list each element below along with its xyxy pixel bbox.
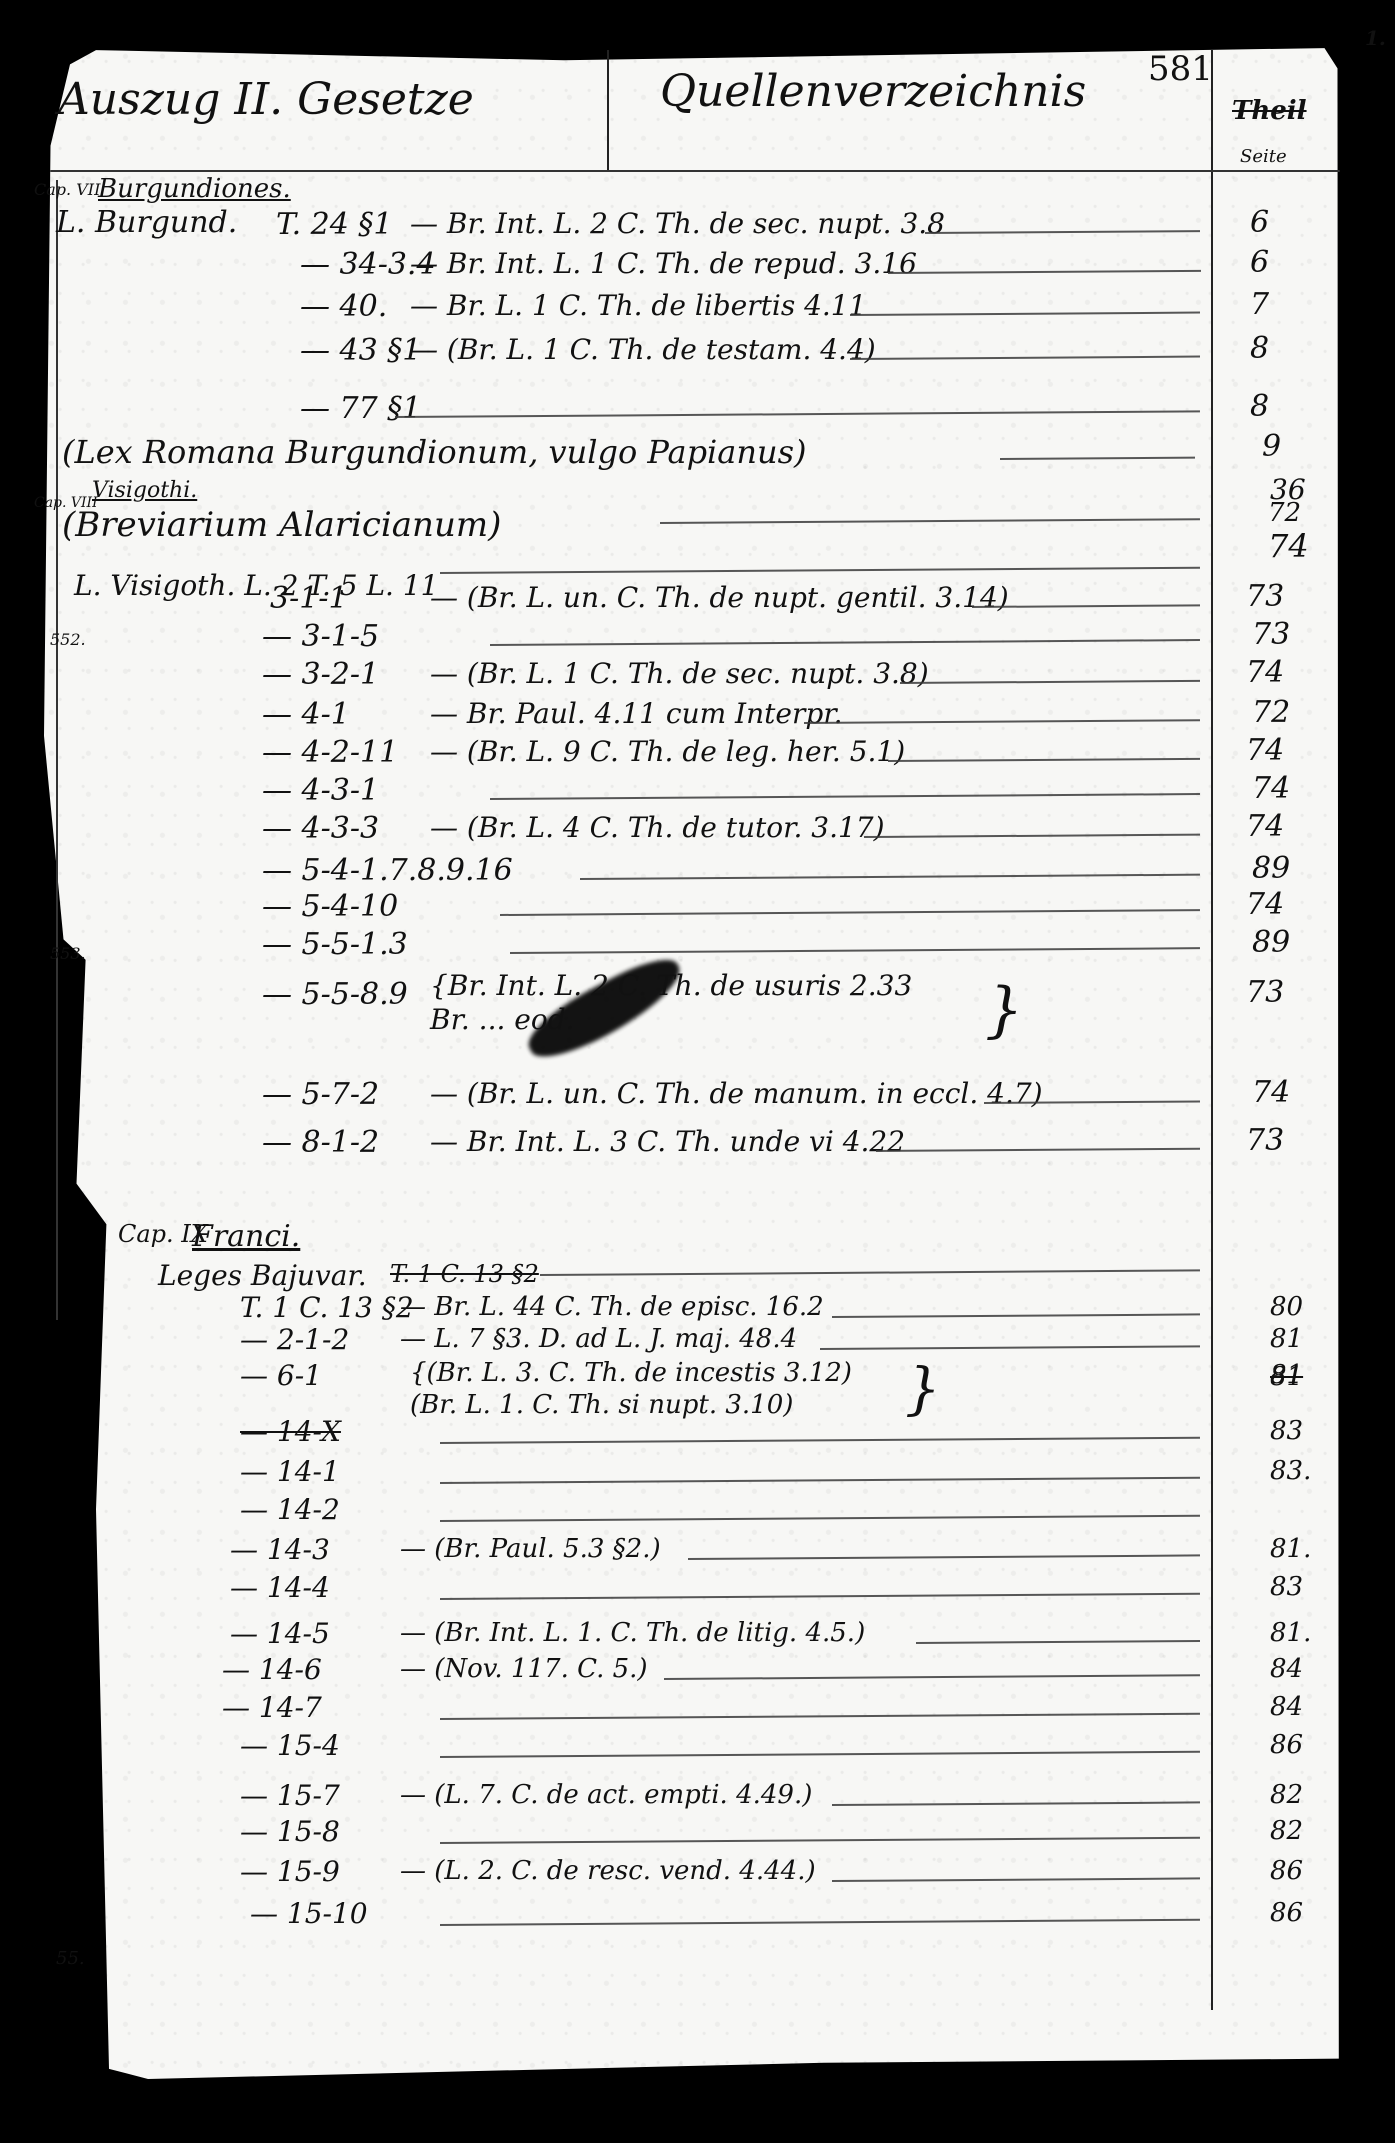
brace: }	[985, 980, 1023, 1040]
row-key: — 14-5	[230, 1620, 330, 1648]
row-reference: — Br. L. 1 C. Th. de libertis 4.11	[410, 292, 866, 320]
column-head: Seite	[1240, 148, 1287, 166]
row-key: — 5-5-1.3	[262, 930, 408, 960]
row-key: — 14-2	[240, 1496, 340, 1524]
row-reference: {Br. Int. L. 2 C. Th. de usuris 2.33	[430, 972, 912, 1000]
row-key: — 6-1	[240, 1362, 322, 1390]
page-reference: 74	[1252, 774, 1290, 804]
row-key: T. 1 C. 13 §2	[240, 1294, 414, 1322]
row-key: — 4-1	[262, 700, 350, 730]
page-reference: 7	[1250, 290, 1269, 320]
row-reference: — (Br. L. 9 C. Th. de leg. her. 5.1)	[430, 738, 905, 766]
row-key: — 15-4	[240, 1732, 340, 1760]
row-key: — 14-1	[240, 1458, 340, 1486]
page-reference: 81.	[1270, 1620, 1311, 1646]
row-key: — 77 §1	[300, 394, 421, 424]
row-reference: — Br. Int. L. 2 C. Th. de sec. nupt. 3.8	[410, 210, 945, 238]
row-key: 3-1-1	[270, 584, 348, 614]
margin-number: 55.	[56, 1950, 85, 1968]
row-reference: {(Br. L. 3. C. Th. de incestis 3.12)	[410, 1360, 852, 1386]
row-key: — 5-4-1.7.8.9.16	[262, 856, 513, 886]
margin-number: 553.	[50, 946, 86, 962]
row-key: — 5-4-10	[262, 892, 398, 922]
row-key: — 15-7	[240, 1782, 340, 1810]
page-reference: 74	[1268, 530, 1309, 562]
lex-romana-note: (Lex Romana Burgundionum, vulgo Papianus…	[62, 436, 806, 468]
row-key: — 4-2-11	[262, 738, 398, 768]
row-key: — 14-3	[230, 1536, 330, 1564]
row-reference: — (Br. Int. L. 1. C. Th. de litig. 4.5.)	[400, 1620, 865, 1646]
section-title: Franci.	[192, 1222, 300, 1252]
page-reference: 74	[1246, 736, 1284, 766]
page-reference: 8	[1250, 334, 1269, 364]
breviarium-note: (Breviarium Alaricianum)	[62, 508, 501, 542]
header-divider	[607, 50, 609, 172]
page-reference: 89	[1252, 854, 1290, 884]
corner-mark: 1.	[1365, 28, 1386, 48]
page-reference: 74	[1252, 1078, 1290, 1108]
page-reference: 86	[1270, 1858, 1303, 1884]
row-key: — 14-6	[222, 1656, 322, 1684]
row-reference: — (Br. Paul. 5.3 §2.)	[400, 1536, 661, 1562]
row-key: — 15-10	[250, 1900, 368, 1928]
row-key: — 15-9	[240, 1858, 340, 1886]
page-reference: 74	[1246, 812, 1284, 842]
column-head-struck: Theil	[1232, 98, 1307, 124]
page-reference: 82	[1270, 1818, 1303, 1844]
row-reference: Br. ... eod.	[430, 1006, 575, 1034]
page-reference: 9	[1262, 432, 1281, 462]
row-reference: (Br. L. 1. C. Th. si nupt. 3.10)	[410, 1392, 793, 1418]
row-key: — 14-7	[222, 1694, 322, 1722]
margin-number: 552.	[50, 632, 86, 648]
brace: }	[905, 1362, 941, 1418]
row-key: — 14-4	[230, 1574, 330, 1602]
page-reference: 84	[1270, 1656, 1303, 1682]
struck-page-reference: 81	[1270, 1364, 1303, 1390]
row-reference: — L. 7 §3. D. ad L. J. maj. 48.4	[400, 1326, 797, 1352]
page-reference: 80	[1270, 1294, 1303, 1320]
row-key: — 15-8	[240, 1818, 340, 1846]
row-key: — 5-7-2	[262, 1080, 379, 1110]
margin-rule	[56, 180, 58, 1320]
page-number: 581	[1148, 52, 1213, 86]
row-key: — 3-2-1	[262, 660, 379, 690]
row-key: — 43 §1	[300, 336, 421, 366]
page-reference: 73	[1246, 978, 1284, 1008]
row-key: — 4-3-3	[262, 814, 379, 844]
header-rule	[50, 170, 1340, 172]
section-lead: L. Burgund.	[56, 208, 237, 238]
row-reference: — Br. Int. L. 1 C. Th. de repud. 3.16	[410, 250, 917, 278]
page-reference: 82	[1270, 1782, 1303, 1808]
page-reference: 73	[1252, 620, 1290, 650]
row-reference: — (Br. L. un. C. Th. de nupt. gentil. 3.…	[430, 584, 1009, 612]
page-reference: 73	[1246, 1126, 1284, 1156]
row-key: T. 24 §1	[276, 210, 392, 240]
row-key: — 14-X	[240, 1418, 341, 1446]
page-reference: 86	[1270, 1900, 1303, 1926]
row-reference: — Br. L. 44 C. Th. de episc. 16.2	[400, 1294, 824, 1320]
section-margin-label: Cap. VII	[34, 182, 100, 198]
page-reference: 6	[1250, 248, 1269, 278]
page-column-divider	[1211, 50, 1213, 2010]
row-reference: — (Nov. 117. C. 5.)	[400, 1656, 648, 1682]
section-lead: L. Visigoth. L. 2 T. 5 L. 11	[74, 572, 438, 600]
header-right-title: Quellenverzeichnis	[660, 70, 1086, 114]
row-key: — 40.	[300, 292, 387, 322]
row-key: — 3-1-5	[262, 622, 379, 652]
page-reference: 89	[1252, 928, 1290, 958]
row-key: — 2-1-2	[240, 1326, 349, 1354]
section-title: Burgundiones.	[98, 176, 291, 202]
header-left-title: Auszug II. Gesetze	[58, 78, 474, 122]
page-reference: 86	[1270, 1732, 1303, 1758]
row-reference: — Br. Int. L. 3 C. Th. unde vi 4.22	[430, 1128, 905, 1156]
row-key: — 5-5-8.9	[262, 980, 408, 1010]
section-lead: Leges Bajuvar.	[158, 1262, 367, 1290]
page-reference: 83.	[1270, 1458, 1311, 1484]
row-key: — 4-3-1	[262, 776, 379, 806]
page-reference: 83	[1270, 1574, 1303, 1600]
page-reference: 8	[1250, 392, 1269, 422]
page-reference: 84	[1270, 1694, 1303, 1720]
page-reference: 73	[1246, 582, 1284, 612]
row-reference: — (Br. L. 4 C. Th. de tutor. 3.17)	[430, 814, 885, 842]
page-reference: 6	[1250, 208, 1269, 238]
page-reference: 74	[1246, 890, 1284, 920]
page-reference: 72	[1268, 500, 1301, 526]
page-reference: 81	[1270, 1326, 1303, 1352]
page-reference: 74	[1246, 658, 1284, 688]
row-reference: — (L. 2. C. de resc. vend. 4.44.)	[400, 1858, 816, 1884]
struck-lead: T. 1 C. 13 §2	[390, 1262, 539, 1286]
row-key: — 8-1-2	[262, 1128, 379, 1158]
row-reference: — (Br. L. un. C. Th. de manum. in eccl. …	[430, 1080, 1043, 1108]
row-reference: — (Br. L. 1 C. Th. de testam. 4.4)	[410, 336, 876, 364]
page-reference: 83	[1270, 1418, 1303, 1444]
section-title: Visigothi.	[92, 480, 197, 502]
row-reference: — Br. Paul. 4.11 cum Interpr.	[430, 700, 843, 728]
row-reference: — (L. 7. C. de act. empti. 4.49.)	[400, 1782, 812, 1808]
page-reference: 72	[1252, 698, 1290, 728]
row-reference: — (Br. L. 1 C. Th. de sec. nupt. 3.8)	[430, 660, 929, 688]
page-reference: 81.	[1270, 1536, 1311, 1562]
